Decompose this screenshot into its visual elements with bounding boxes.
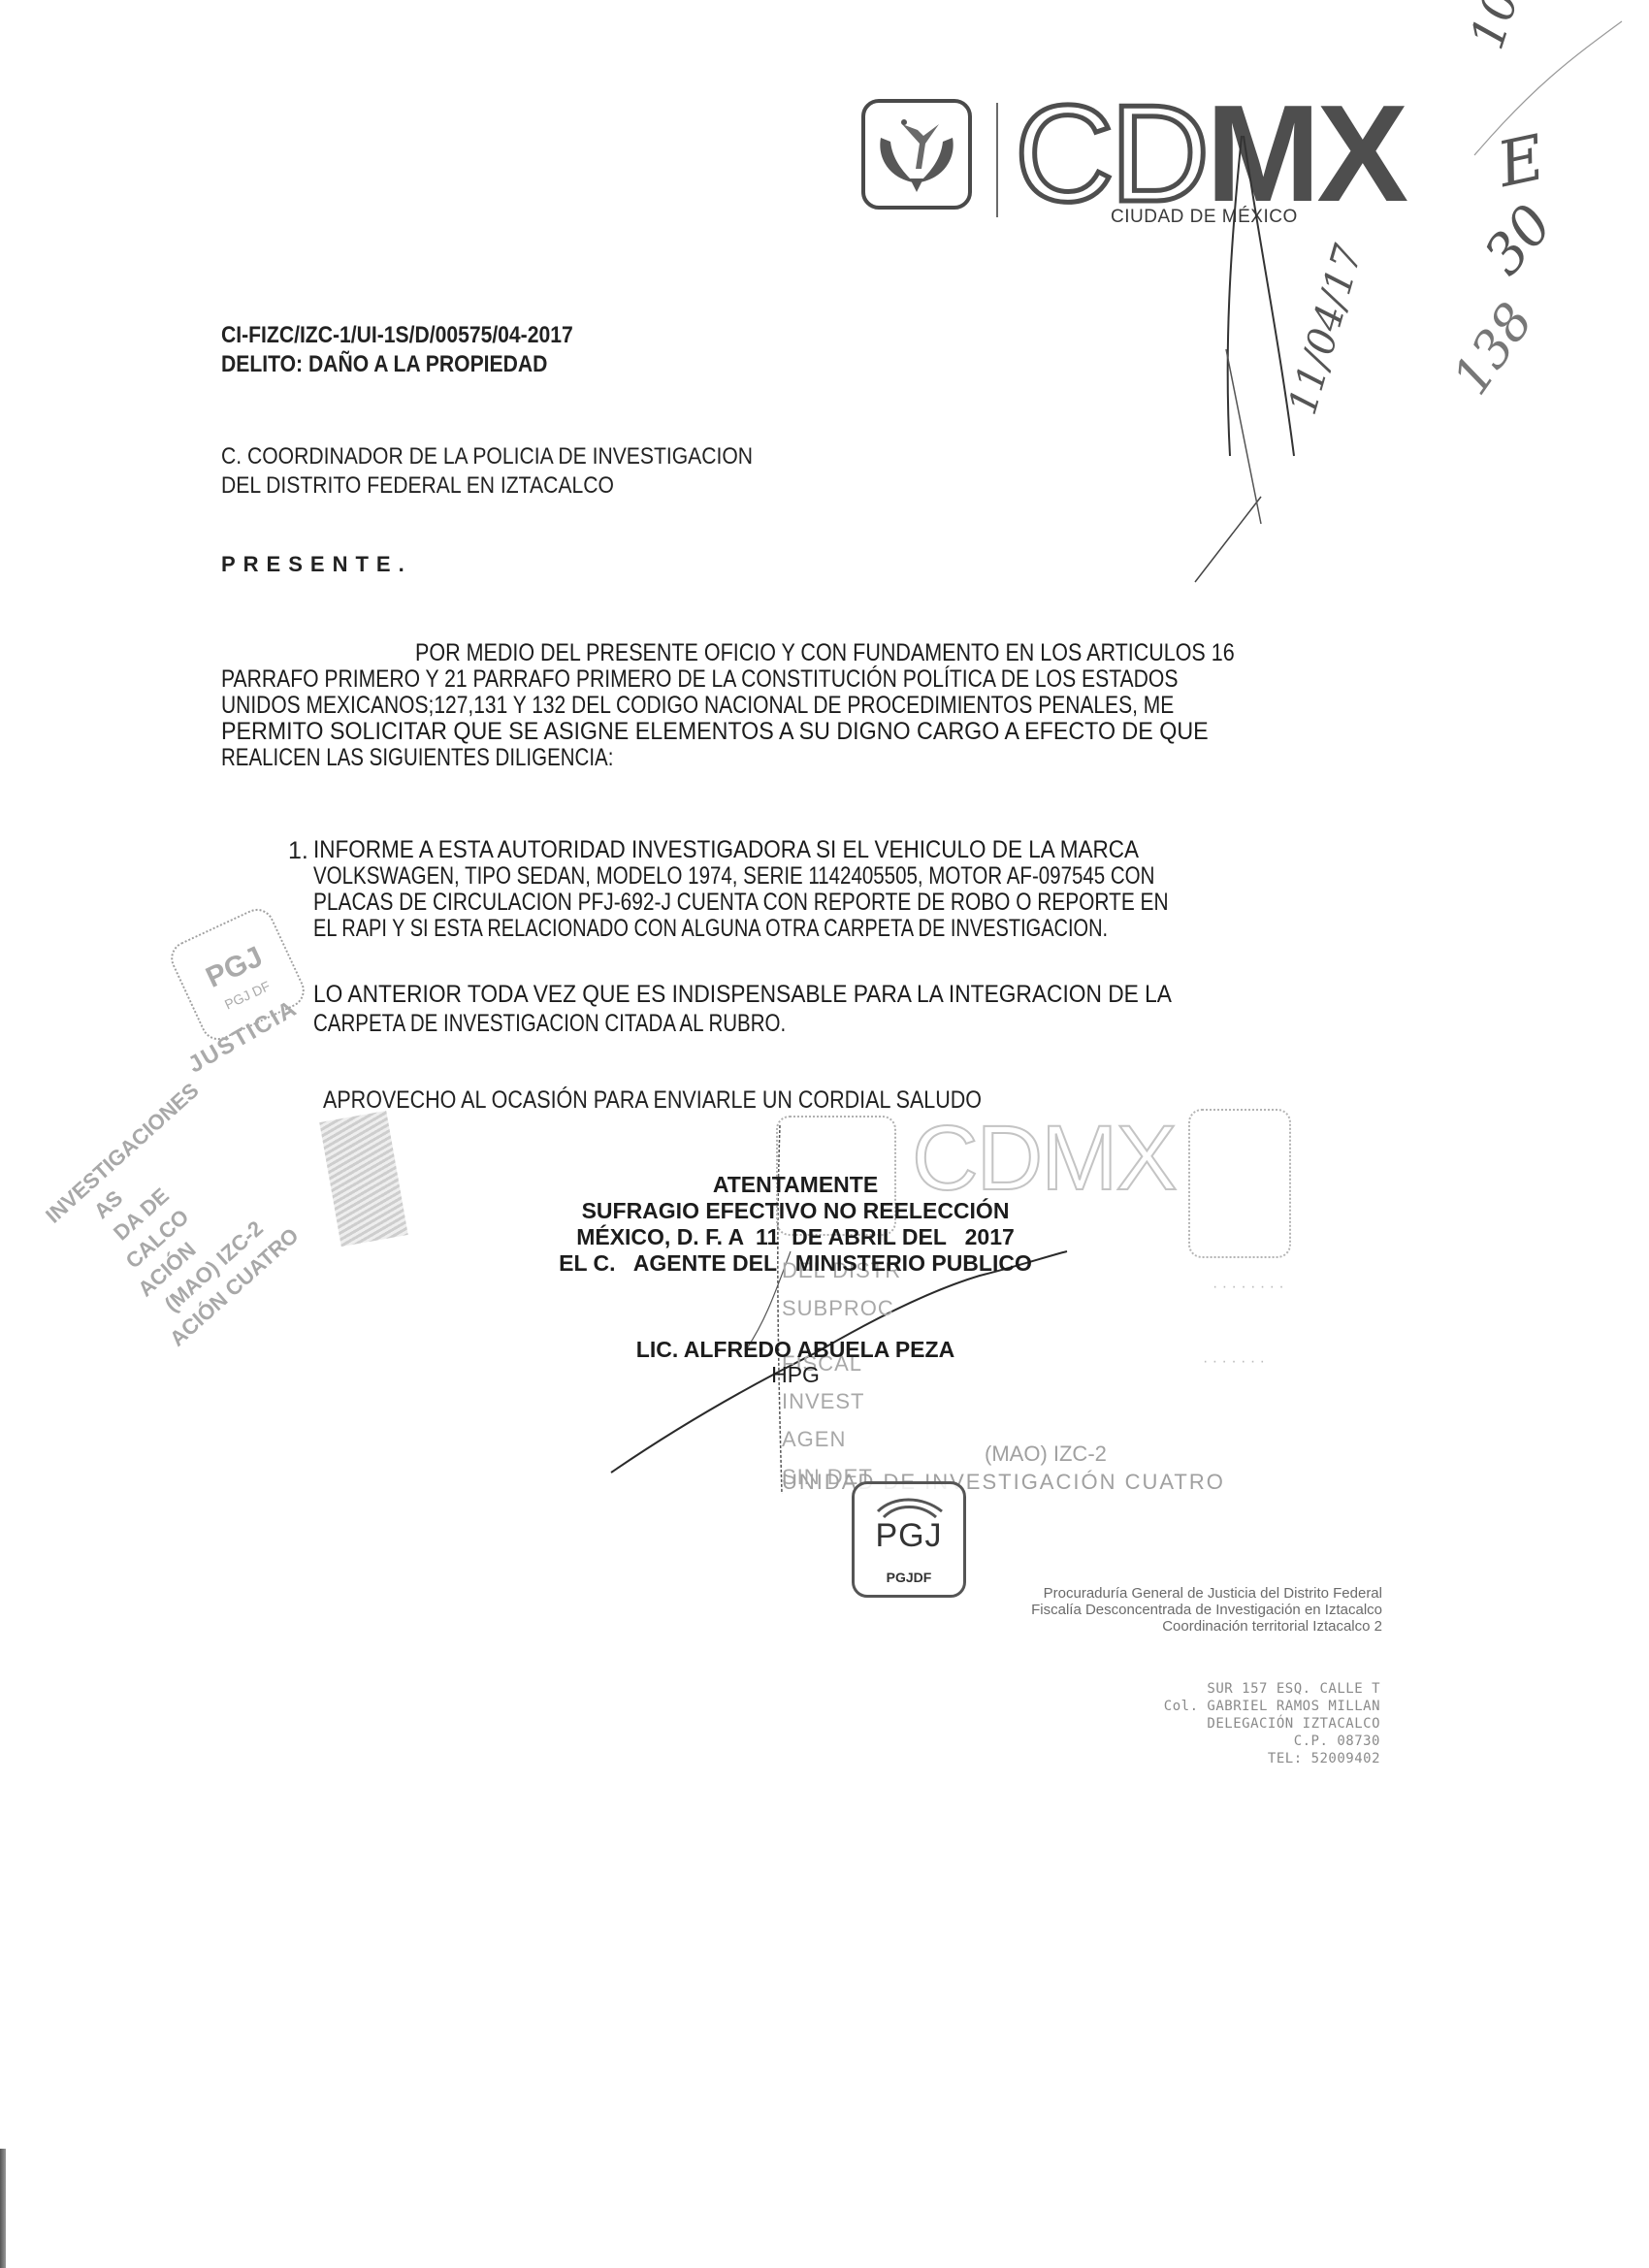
handwritten-date: 11/04/17: [1280, 240, 1372, 419]
signature-motto: SUFRAGIO EFECTIVO NO REELECCIÓN: [504, 1198, 1086, 1224]
justification-line: CARPETA DE INVESTIGACION CITADA AL RUBRO…: [313, 1009, 1388, 1038]
body-paragraph: POR MEDIO DEL PRESENTE OFICIO Y CON FUND…: [221, 640, 1388, 771]
body-line: UNIDOS MEXICANOS;127,131 Y 132 DEL CODIG…: [221, 693, 1388, 719]
cdmx-emblem: [861, 99, 972, 210]
addressee-line-2: DEL DISTRITO FEDERAL EN IZTACALCO: [221, 472, 667, 500]
cdmx-wordmark: CDMX: [1015, 85, 1405, 223]
waves-icon: [876, 1492, 944, 1519]
request-line: INFORME A ESTA AUTORIDAD INVESTIGADORA S…: [313, 837, 1388, 863]
handwritten-number-2: 30: [1472, 193, 1566, 286]
address-delegation: DELEGACIÓN IZTACALCO: [1207, 1716, 1380, 1733]
request-line: PLACAS DE CIRCULACION PFJ-692-J CUENTA C…: [313, 890, 1388, 916]
pgj-stamp-emblem: [1188, 1109, 1291, 1258]
request-item: INFORME A ESTA AUTORIDAD INVESTIGADORA S…: [313, 837, 1388, 942]
offense-label: DELITO: DAÑO A LA PROPIEDAD: [221, 351, 592, 378]
request-number: 1.: [288, 837, 308, 864]
request-line: VOLKSWAGEN, TIPO SEDAN, MODELO 1974, SER…: [313, 863, 1388, 890]
pgjdf-logo: PGJ PGJDF: [852, 1481, 966, 1598]
justification-line: LO ANTERIOR TODA VEZ QUE ES INDISPENSABL…: [313, 980, 1388, 1009]
angel-emblem-icon: [873, 111, 960, 198]
handwritten-letter-e: E: [1492, 122, 1551, 202]
salutation: PRESENTE.: [221, 551, 412, 578]
stamp-unit-code: (MAO) IZC-2: [985, 1442, 1107, 1467]
handwritten-number-1: 1029: [1460, 0, 1548, 55]
stamp-left-text: INVESTIGACIONES AS DA DE CALCO ACIÓN (MA…: [40, 994, 472, 1425]
body-line: PERMITO SOLICITAR QUE SE ASIGNE ELEMENTO…: [221, 719, 1388, 745]
request-line: EL RAPI Y SI ESTA RELACIONADO CON ALGUNA…: [313, 916, 1388, 942]
address-street: SUR 157 ESQ. CALLE T: [1207, 1681, 1380, 1698]
case-number: CI-FIZC/IZC-1/UI-1S/D/00575/04-2017: [221, 322, 621, 349]
stamp-unit-line: UNIDAD DE INVESTIGACIÓN CUATRO: [782, 1470, 1225, 1495]
footer-institution: Procuraduría General de Justicia del Dis…: [1044, 1586, 1382, 1602]
scan-edge-mark: [0, 2149, 6, 2268]
cdmx-subtitle: CIUDAD DE MÉXICO: [1111, 207, 1298, 228]
logo-divider: [996, 103, 998, 217]
signature-regards: ATENTAMENTE: [504, 1172, 1086, 1198]
stamp-faint-text: · · · · · · · ·: [1212, 1279, 1284, 1296]
justification-paragraph: LO ANTERIOR TODA VEZ QUE ES INDISPENSABL…: [313, 980, 1388, 1038]
signature-block: ATENTAMENTE SUFRAGIO EFECTIVO NO REELECC…: [504, 1172, 1086, 1277]
signature-date: MÉXICO, D. F. A 11 DE ABRIL DEL 2017: [504, 1224, 1086, 1250]
signer-name: LIC. ALFREDO ABUELA PEZA: [504, 1337, 1086, 1363]
addressee-line-1: C. COORDINADOR DE LA POLICIA DE INVESTIG…: [221, 443, 825, 470]
address-phone: TEL: 52009402: [1268, 1751, 1380, 1767]
footer-coordination: Coordinación territorial Iztacalco 2: [1162, 1619, 1382, 1635]
stamp-faint-text: · · · · · · ·: [1203, 1353, 1265, 1371]
body-line: REALICEN LAS SIGUIENTES DILIGENCIA:: [221, 745, 1388, 771]
handwritten-number-3: 138: [1442, 293, 1545, 405]
signer-initials: HPG: [504, 1362, 1086, 1388]
body-line: POR MEDIO DEL PRESENTE OFICIO Y CON FUND…: [221, 640, 1388, 666]
signature-title: EL C. AGENTE DEL MINISTERIO PUBLICO: [504, 1250, 1086, 1277]
footer-office: Fiscalía Desconcentrada de Investigación…: [1031, 1603, 1382, 1618]
body-line: PARRAFO PRIMERO Y 21 PARRAFO PRIMERO DE …: [221, 666, 1388, 693]
address-colony: Col. GABRIEL RAMOS MILLAN: [1164, 1699, 1380, 1715]
address-postal-code: C.P. 08730: [1294, 1733, 1380, 1750]
